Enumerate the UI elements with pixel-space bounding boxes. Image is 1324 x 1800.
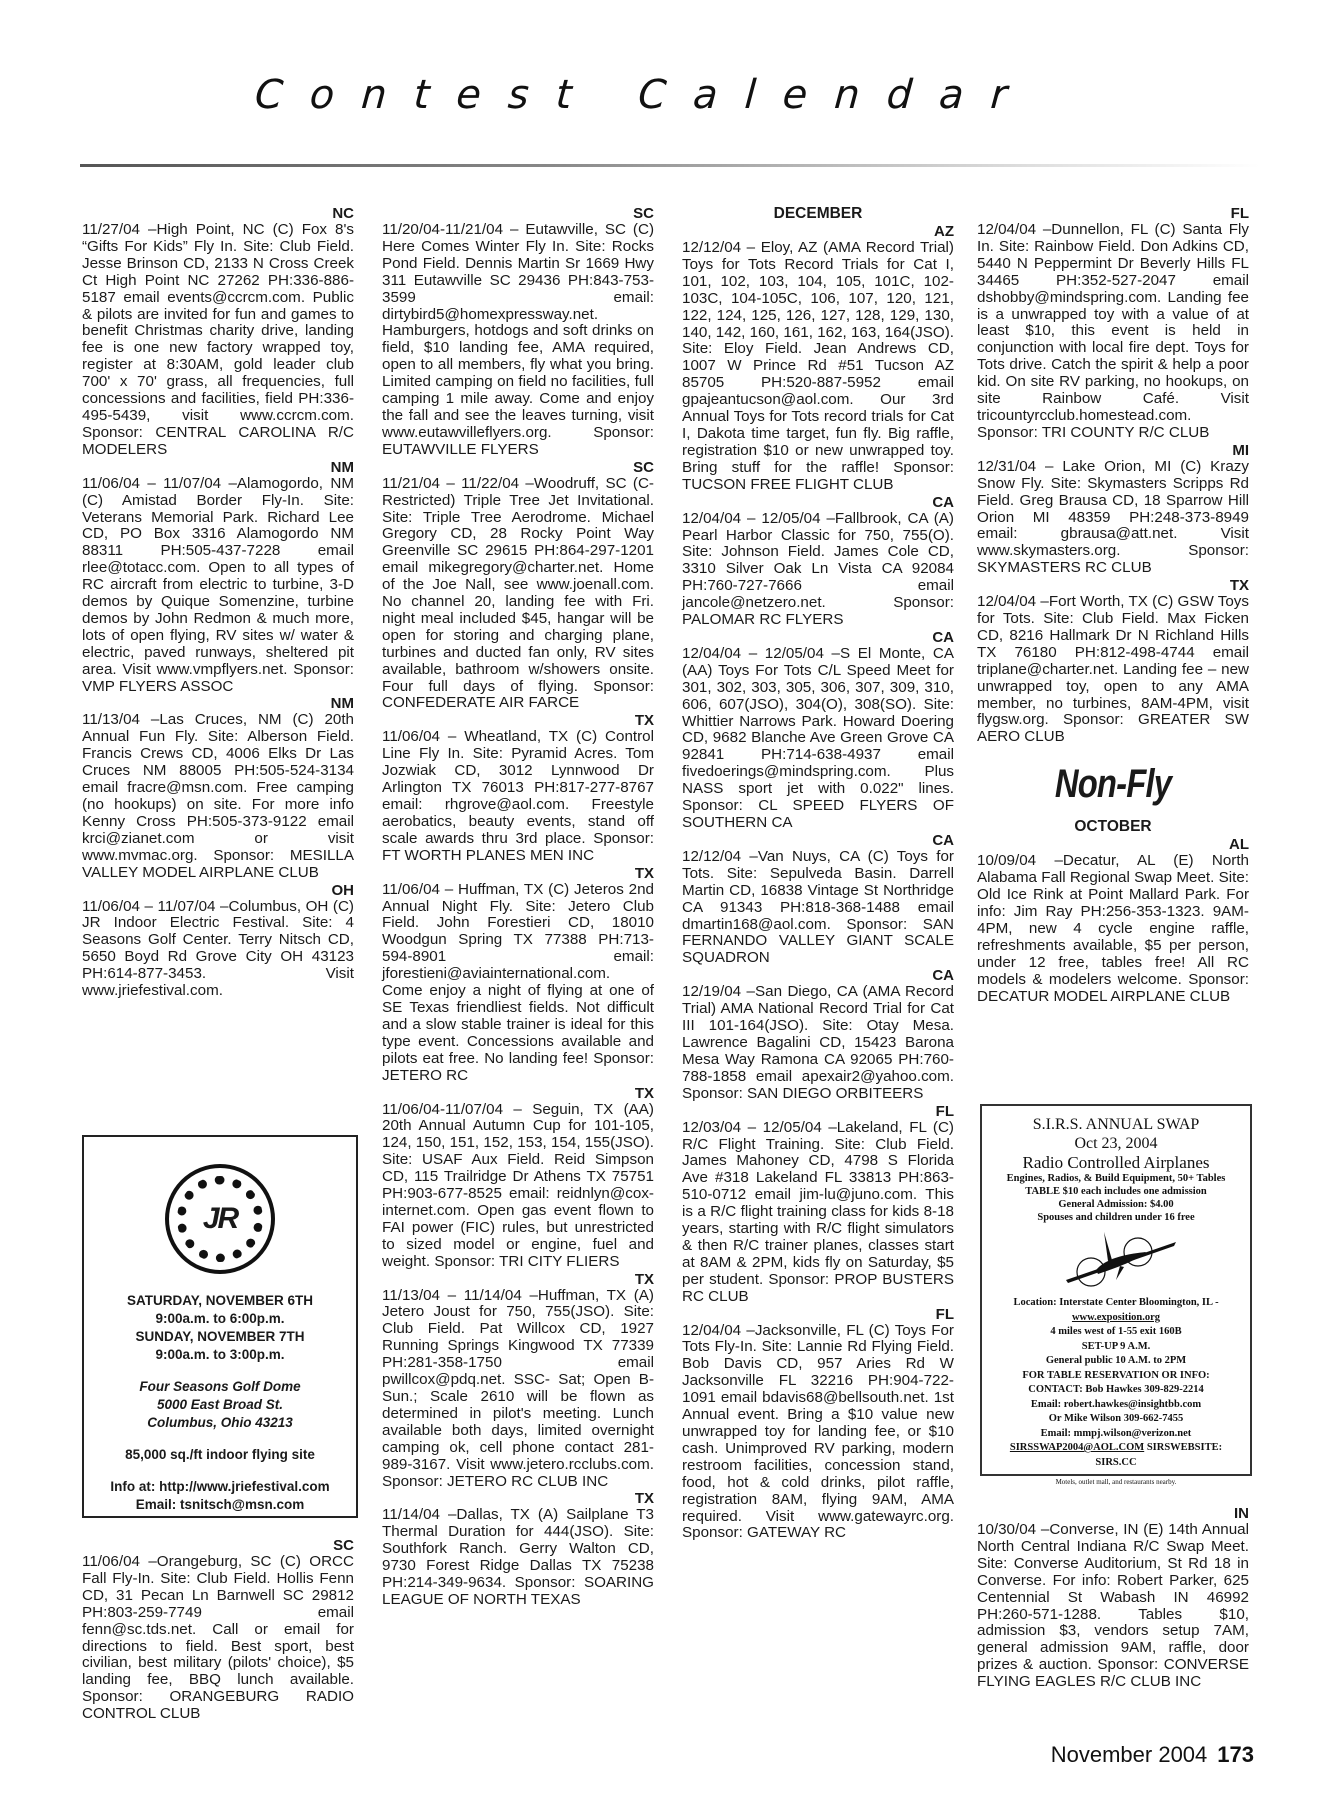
state-label: TX	[977, 577, 1249, 594]
ad-email[interactable]: Email: mmpj.wilson@verizon.net	[982, 1427, 1250, 1442]
sirs-subtitle: Radio Controlled Airplanes	[982, 1153, 1250, 1172]
state-label: SC	[82, 1537, 354, 1554]
column-2: SC 11/20/04-11/21/04 – Eutawville, SC (C…	[382, 205, 654, 1609]
month-heading: OCTOBER	[977, 818, 1249, 836]
ad-line: FOR TABLE RESERVATION OR INFO:	[982, 1369, 1250, 1384]
title-divider	[80, 164, 1260, 167]
event-entry: 12/04/04 –Jacksonville, FL (C) Toys For …	[682, 1323, 954, 1543]
state-label: TX	[382, 712, 654, 729]
state-label: TX	[382, 865, 654, 882]
sirs-date: Oct 23, 2004	[982, 1134, 1250, 1153]
event-entry: 12/04/04 –Fort Worth, TX (C) GSW Toys fo…	[977, 594, 1249, 746]
sirs-swap-ad: S.I.R.S. ANNUAL SWAP Oct 23, 2004 Radio …	[980, 1104, 1252, 1476]
event-entry: 12/12/04 – Eloy, AZ (AMA Record Trial) T…	[682, 240, 954, 494]
event-entry: 11/13/04 –Las Cruces, NM (C) 20th Annual…	[82, 712, 354, 881]
jr-logo-text: JR	[199, 1210, 241, 1228]
jr-festival-ad: JR SATURDAY, NOVEMBER 6TH 9:00a.m. to 6:…	[82, 1135, 358, 1518]
page-title: Contest Calendar	[253, 72, 1035, 118]
state-label: MI	[977, 442, 1249, 459]
event-entry: 11/06/04 – 11/07/04 –Alamogordo, NM (C) …	[82, 476, 354, 696]
ad-line: SIRSWEBSITE:	[1144, 1442, 1222, 1453]
month-heading: DECEMBER	[682, 205, 954, 223]
ad-line: 4 miles west of 1-55 exit 160B	[982, 1325, 1250, 1340]
page-number: 173	[1217, 1742, 1254, 1767]
ad-line: Location: Interstate Center Bloomington,…	[982, 1296, 1250, 1311]
event-entry: 11/21/04 – 11/22/04 –Woodruff, SC (C-Res…	[382, 476, 654, 713]
state-label: SC	[382, 205, 654, 222]
state-label: IN	[977, 1505, 1249, 1522]
ad-venue: Four Seasons Golf Dome	[84, 1378, 356, 1396]
event-entry: 12/04/04 – 12/05/04 –Fallbrook, CA (A) P…	[682, 511, 954, 629]
ad-line: Spouses and children under 16 free	[982, 1211, 1250, 1224]
ad-venue: Columbus, Ohio 43213	[84, 1414, 356, 1432]
event-entry: 12/31/04 – Lake Orion, MI (C) Krazy Snow…	[977, 459, 1249, 577]
page-footer: November 2004173	[1051, 1742, 1254, 1768]
event-entry: 10/30/04 –Converse, IN (E) 14th Annual N…	[977, 1522, 1249, 1691]
ad-line: SUNDAY, NOVEMBER 7TH	[84, 1328, 356, 1346]
event-entry: 11/06/04 –Orangeburg, SC (C) ORCC Fall F…	[82, 1554, 354, 1723]
state-label: OH	[82, 882, 354, 899]
column-4: FL 12/04/04 –Dunnellon, FL (C) Santa Fly…	[977, 205, 1249, 1005]
state-label: FL	[977, 205, 1249, 222]
event-entry: 11/13/04 – 11/14/04 –Huffman, TX (A) Jet…	[382, 1288, 654, 1491]
ad-line: TABLE $10 each includes one admission	[982, 1185, 1250, 1198]
ad-venue: 5000 East Broad St.	[84, 1396, 356, 1414]
state-label: SC	[382, 459, 654, 476]
event-entry: 11/06/04 – 11/07/04 –Columbus, OH (C) JR…	[82, 899, 354, 1000]
event-entry: 12/04/04 – 12/05/04 –S El Monte, CA (AA)…	[682, 646, 954, 832]
state-label: AL	[977, 836, 1249, 853]
event-entry: 10/09/04 –Decatur, AL (E) North Alabama …	[977, 853, 1249, 1005]
event-entry: 11/06/04-11/07/04 – Seguin, TX (AA) 20th…	[382, 1102, 654, 1271]
state-label: NC	[82, 205, 354, 222]
event-entry: 12/19/04 –San Diego, CA (AMA Record Tria…	[682, 984, 954, 1102]
ad-line: CONTACT: Bob Hawkes 309-829-2214	[982, 1383, 1250, 1398]
event-entry: 11/14/04 –Dallas, TX (A) Sailplane T3 Th…	[382, 1507, 654, 1608]
sirs-title: S.I.R.S. ANNUAL SWAP	[982, 1116, 1250, 1134]
state-label: NM	[82, 695, 354, 712]
state-label: TX	[382, 1490, 654, 1507]
state-label: CA	[682, 967, 954, 984]
jr-festival-logo-icon: JR	[165, 1164, 275, 1274]
state-label: CA	[682, 832, 954, 849]
ad-line: General public 10 A.M. to 2PM	[982, 1354, 1250, 1369]
sirs-email-link[interactable]: SIRSSWAP2004@AOL.COM	[1010, 1442, 1144, 1453]
ad-email[interactable]: Email: robert.hawkes@insightbb.com	[982, 1398, 1250, 1413]
event-entry: 11/27/04 –High Point, NC (C) Fox 8's “Gi…	[82, 222, 354, 459]
ad-email[interactable]: Email: tsnitsch@msn.com	[84, 1496, 356, 1514]
issue-date: November 2004	[1051, 1742, 1208, 1767]
ad-line: Engines, Radios, & Build Equipment, 50+ …	[982, 1172, 1250, 1185]
state-label: NM	[82, 459, 354, 476]
state-label: AZ	[682, 223, 954, 240]
event-entry: 11/06/04 – Wheatland, TX (C) Control Lin…	[382, 729, 654, 864]
ad-info-link[interactable]: Info at: http://www.jriefestival.com	[84, 1478, 356, 1496]
state-label: CA	[682, 629, 954, 646]
event-entry: 12/03/04 – 12/05/04 –Lakeland, FL (C) R/…	[682, 1120, 954, 1306]
column-3: DECEMBER AZ 12/12/04 – Eloy, AZ (AMA Rec…	[682, 205, 954, 1542]
column-1: NC 11/27/04 –High Point, NC (C) Fox 8's …	[82, 205, 354, 1000]
ad-line: SATURDAY, NOVEMBER 6TH	[84, 1292, 356, 1310]
event-entry: 11/06/04 – Huffman, TX (C) Jeteros 2nd A…	[382, 882, 654, 1085]
ad-line: 9:00a.m. to 3:00p.m.	[84, 1346, 356, 1364]
column-1-lower: SC 11/06/04 –Orangeburg, SC (C) ORCC Fal…	[82, 1537, 354, 1723]
ad-line: 9:00a.m. to 6:00p.m.	[84, 1310, 356, 1328]
nonfly-heading: Non-Fly	[1001, 760, 1224, 808]
airplane-icon	[1046, 1230, 1186, 1290]
state-label: FL	[682, 1306, 954, 1323]
sirs-website-link[interactable]: www.exposition.org	[982, 1311, 1250, 1326]
column-4-lower: IN 10/30/04 –Converse, IN (E) 14th Annua…	[977, 1505, 1249, 1691]
sirs-site[interactable]: SIRS.CC	[982, 1456, 1250, 1471]
event-entry: 12/12/04 –Van Nuys, CA (C) Toys for Tots…	[682, 849, 954, 967]
state-label: TX	[382, 1085, 654, 1102]
state-label: TX	[382, 1271, 654, 1288]
ad-line: Or Mike Wilson 309-662-7455	[982, 1412, 1250, 1427]
ad-line: SET-UP 9 A.M.	[982, 1340, 1250, 1355]
event-entry: 12/04/04 –Dunnellon, FL (C) Santa Fly In…	[977, 222, 1249, 442]
ad-size: 85,000 sq./ft indoor flying site	[84, 1446, 356, 1464]
ad-footnote: Motels, outlet mall, and restaurants nea…	[982, 1478, 1250, 1486]
state-label: FL	[682, 1103, 954, 1120]
state-label: CA	[682, 494, 954, 511]
event-entry: 11/20/04-11/21/04 – Eutawville, SC (C) H…	[382, 222, 654, 459]
ad-line: General Admission: $4.00	[982, 1198, 1250, 1211]
